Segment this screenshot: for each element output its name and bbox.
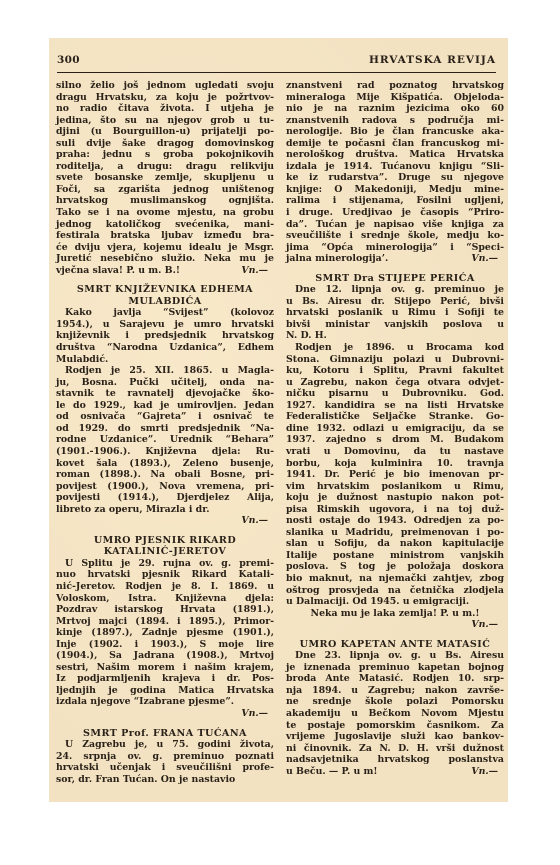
text-line: nuo hrvatski pjesnik Rikard Katali- <box>56 569 274 581</box>
text-line: ralima i stijenama, Fosilni ugljeni, <box>286 195 504 207</box>
text-line: U Zagrebu je, u 75. godini života, <box>56 739 274 751</box>
text-line: festirala bratska ljubav između bra- <box>56 230 274 242</box>
text-line: sestri, Našim morem i našim krajem, <box>56 662 274 674</box>
text-line: dragu Hrvatsku, za koju je požrtvov- <box>56 92 274 104</box>
text-line: Dne 12. lipnja ov. g. preminuo je <box>286 284 504 296</box>
text-line: le do 1929., kad je umirovljen. Jedan <box>56 400 274 412</box>
text-line: Iz podjarmljenih krajeva i dr. Pos- <box>56 673 274 685</box>
section-gap <box>286 631 504 639</box>
text-line: praha: jednu s groba pokojnikovih <box>56 149 274 161</box>
article: UMRO PJESNIK RIKARDKATALINIĆ-JERETOVU Sp… <box>56 535 274 720</box>
text-line: ljednjih je godina Matica Hrvatska <box>56 685 274 697</box>
text-line: povijesti (1914.), Djerdjelez Alija, <box>56 492 274 504</box>
text-line: u Dalmaciji. Od 1945. u emigraciji. <box>286 596 504 608</box>
right-column: znanstveni rad poznatog hrvatskogmineral… <box>286 80 504 777</box>
text-line: 1927. kandidira se na listi Hrvatske <box>286 400 504 412</box>
text-line: silno želio još jednom ugledati svoju <box>56 80 274 92</box>
article-heading: UMRO PJESNIK RIKARD <box>56 535 274 547</box>
left-column: silno želio još jednom ugledati svojudra… <box>56 80 274 785</box>
text-line: vječna slava! P. u m. B.!Vn.— <box>56 265 274 277</box>
text-line: Voloskom, Istra. Književna djela: <box>56 593 274 605</box>
text-line: od 1929. do smrti predsjednik “Na- <box>56 423 274 435</box>
text-line: N. D. H. <box>286 330 504 342</box>
section-gap <box>56 527 274 535</box>
text-line: povijest (1900.), Nova vremena, pri- <box>56 481 274 493</box>
text-line: Mulabdić. <box>56 354 274 366</box>
text-line: nić-Jeretov. Rodjen je 8. I. 1869. u <box>56 581 274 593</box>
article-heading: SMRT Dra STIJEPE PERIĆA <box>286 273 504 285</box>
text-line: Foči, sa zgarišta jednog uništenog <box>56 184 274 196</box>
author-signature: Vn.— <box>471 253 498 265</box>
text-line: rodne Uzdanice”. Urednik “Behara” <box>56 434 274 446</box>
text-line: ju, Bosna. Pučki učitelj, onda na- <box>56 377 274 389</box>
text-line: roman (1898.). Na obali Bosne, pri- <box>56 469 274 481</box>
text-line: dine 1932. odlazi u emigraciju, da se <box>286 423 504 435</box>
text-line: Federalističke Seljačke Stranke. Go- <box>286 411 504 423</box>
text-line: jima “Opća minerologija” i “Speci- <box>286 242 504 254</box>
text-line: borbu, koja kulminira 10. travnja <box>286 458 504 470</box>
text-line: demije te počasni član francuskog mi- <box>286 138 504 150</box>
article-heading: UMRO KAPETAN ANTE MATASIĆ <box>286 639 504 651</box>
article: SMRT Dra STIJEPE PERIĆADne 12. lipnja ov… <box>286 273 504 631</box>
text-line: Rodjen je 25. XII. 1865. u Magla- <box>56 365 274 377</box>
text-line: bio maknut, na njemački zahtjev, zbog <box>286 573 504 585</box>
article: SMRT KNJIŽEVNIKA EDHEMAMULABDIĆAKako jav… <box>56 284 274 526</box>
text-line: Dne 23. lipnja ov. g. u Bs. Airesu <box>286 650 504 662</box>
text-line: nja 1894. u Zagrebu; nakon završe- <box>286 685 504 697</box>
text-line: knjige: O Makedoniji, Medju mine- <box>286 184 504 196</box>
text-line: akademiju u Bečkom Novom Mjestu <box>286 708 504 720</box>
text-line: je iznenada preminuo kapetan bojnog <box>286 662 504 674</box>
text-line: poslova. S tog je položaja doskora <box>286 561 504 573</box>
text-line: jednog katoličkog svećenika, mani- <box>56 219 274 231</box>
text-line: mineraloga Mije Kišpatića. Objeloda- <box>286 92 504 104</box>
text-line: pisa Rimskih ugovora, i na toj duž- <box>286 504 504 516</box>
text-line: nadsavjetnika hrvatskog poslanstva <box>286 754 504 766</box>
text-line: u Beču. — P. u m!Vn.— <box>286 766 504 778</box>
text-line: nerološkog društva. Matica Hrvatska <box>286 149 504 161</box>
text-line: izdala njegove “Izabrane pjesme”. <box>56 696 274 708</box>
text-line: kinje (1897.), Zadnje pjesme (1901.), <box>56 627 274 639</box>
text-line: roditelja, a drugu: dragu relikviju <box>56 161 274 173</box>
text-line: jalna minerologija’.Vn.— <box>286 253 504 265</box>
text-line: nosti ostaje do 1943. Odredjen za po- <box>286 515 504 527</box>
text-line: Stona. Gimnaziju polazi u Dubrovni- <box>286 354 504 366</box>
text-line: Rodjen je 1896. u Brocama kod <box>286 342 504 354</box>
text-line: 1941. Dr. Perić je bio imenovan pr- <box>286 469 504 481</box>
text-line: (1904.), Sa Jadrana (1908.), Mrtvoj <box>56 650 274 662</box>
text-line: vim hrvatskim poslanikom u Rimu, <box>286 481 504 493</box>
author-signature: Vn.— <box>241 265 268 277</box>
article: UMRO KAPETAN ANTE MATASIĆDne 23. lipnja … <box>286 639 504 778</box>
article-heading: SMRT KNJIŽEVNIKA EDHEMA <box>56 284 274 296</box>
section-gap <box>286 265 504 273</box>
text-line: i druge. Uredjivao je časopis “Priro- <box>286 207 504 219</box>
text-line: stavnik te ravnatelj djevojačke ško- <box>56 388 274 400</box>
text-line: hrvatski poslanik u Rimu i Sofiji te <box>286 307 504 319</box>
author-signature: Vn.— <box>56 515 274 527</box>
text-line: u Zagrebu, nakon čega otvara odvjet- <box>286 377 504 389</box>
text-line: Kako javlja “Svijest” (kolovoz <box>56 307 274 319</box>
text-line: Inje (1902. i 1903.), S moje lire <box>56 639 274 651</box>
page-number: 300 <box>57 54 80 66</box>
text-line: koju je dužnost nastupio nakon pot- <box>286 492 504 504</box>
closing-line: Neka mu je laka zemlja! P. u m.! <box>286 608 504 620</box>
article: SMRT Prof. FRANA TUĆANAU Zagrebu je, u 7… <box>56 728 274 786</box>
text-line: Italije postane ministrom vanjskih <box>286 550 504 562</box>
journal-title: HRVATSKA REVIJA <box>369 54 496 66</box>
text-line: oštrog prosvjeda na četnička zlodjela <box>286 585 504 597</box>
text-line: libreto za operu, Mirazla i dr. <box>56 504 274 516</box>
text-line: suli dvije šake dragog domovinskog <box>56 138 274 150</box>
author-signature: Vn.— <box>286 619 504 631</box>
magazine-page: 300 HRVATSKA REVIJA silno želio još jedn… <box>49 38 508 802</box>
text-line: nerologije. Bio je član francuske aka- <box>286 126 504 138</box>
text-line: ničku pisarnu u Dubrovniku. God. <box>286 388 504 400</box>
text-line: hrvatski učenjak i sveučilišni profe- <box>56 762 274 774</box>
page-header: 300 HRVATSKA REVIJA <box>57 54 496 70</box>
text-line: vrati u Domovinu, da tu nastave <box>286 446 504 458</box>
text-line: izdala je 1914. Tućanovu knjigu “Sli- <box>286 161 504 173</box>
text-line: 24. srpnja ov. g. preminuo poznati <box>56 751 274 763</box>
section-gap <box>56 720 274 728</box>
text-line: 1937. zajedno s drom M. Budakom <box>286 434 504 446</box>
text-line: (1901.-1906.). Književna djela: Ru- <box>56 446 274 458</box>
text-line: djini (u Bourguillon-u) prijatelji po- <box>56 126 274 138</box>
text-line: Juretić nesebično služio. Neka mu je <box>56 253 274 265</box>
text-line: ni činovnik. Za N. D. H. vrši dužnost <box>286 743 504 755</box>
text-line: sor, dr. Fran Tućan. On je nastavio <box>56 774 274 786</box>
text-line: književnik i predsjednik hrvatskog <box>56 330 274 342</box>
text-line: u Bs. Airesu dr. Stijepo Perić, bivši <box>286 296 504 308</box>
text-line: 1954.), u Sarajevu je umro hrvatski <box>56 319 274 331</box>
article-heading: SMRT Prof. FRANA TUĆANA <box>56 728 274 740</box>
text-line: broda Ante Matasić. Rodjen 10. srp- <box>286 673 504 685</box>
text-line: slan u Sofiju, da nakon kapitulacije <box>286 538 504 550</box>
text-line: te postaje pomorskim časnikom. Za <box>286 720 504 732</box>
text-line: no radio čitava života. I utjeha je <box>56 103 274 115</box>
text-line: Pozdrav istarskog Hrvata (1891.), <box>56 604 274 616</box>
text-line: svete bosanske zemlje, skupljenu u <box>56 172 274 184</box>
text-line: od osnivača “Gajreta” i osnivač te <box>56 411 274 423</box>
text-line: kovet šala (1893.), Zeleno busenje, <box>56 458 274 470</box>
text-line: slanika u Madridu, preimenovan i po- <box>286 527 504 539</box>
text-line: U Splitu je 29. rujna ov. g. premi- <box>56 558 274 570</box>
text-line: da”. Tućan je napisao više knjiga za <box>286 219 504 231</box>
article-heading: MULABDIĆA <box>56 296 274 308</box>
text-line: vrijeme Jugoslavije služi kao bankov- <box>286 731 504 743</box>
text-line: sveučilište i srednje škole, medju ko- <box>286 230 504 242</box>
text-line: nio je na raznim jezicima oko 60 <box>286 103 504 115</box>
text-line: ne srednje škole polazi Pomorsku <box>286 696 504 708</box>
text-line: bivši ministar vanjskih poslova u <box>286 319 504 331</box>
text-line: društva “Narodna Uzdanica”, Edhem <box>56 342 274 354</box>
text-line: Mrtvoj majci (1894. i 1895.), Primor- <box>56 616 274 628</box>
header-rule <box>57 72 496 73</box>
article-heading: KATALINIĆ-JERETOV <box>56 546 274 558</box>
text-line: znanstveni rad poznatog hrvatskog <box>286 80 504 92</box>
text-line: će dviju vjera, kojemu idealu je Msgr. <box>56 242 274 254</box>
text-line: jedina, što su na njegov grob u tu- <box>56 115 274 127</box>
text-line: ke iz rudarstva”. Druge su njegove <box>286 172 504 184</box>
text-line: hrvatskog muslimanskog ognjišta. <box>56 195 274 207</box>
author-signature: Vn.— <box>471 766 498 778</box>
text-line: ku, Kotoru i Splitu, Pravni fakultet <box>286 365 504 377</box>
author-signature: Vn.— <box>56 708 274 720</box>
text-line: Tako se i na ovome mjestu, na grobu <box>56 207 274 219</box>
text-line: znanstvenih radova s područja mi- <box>286 115 504 127</box>
